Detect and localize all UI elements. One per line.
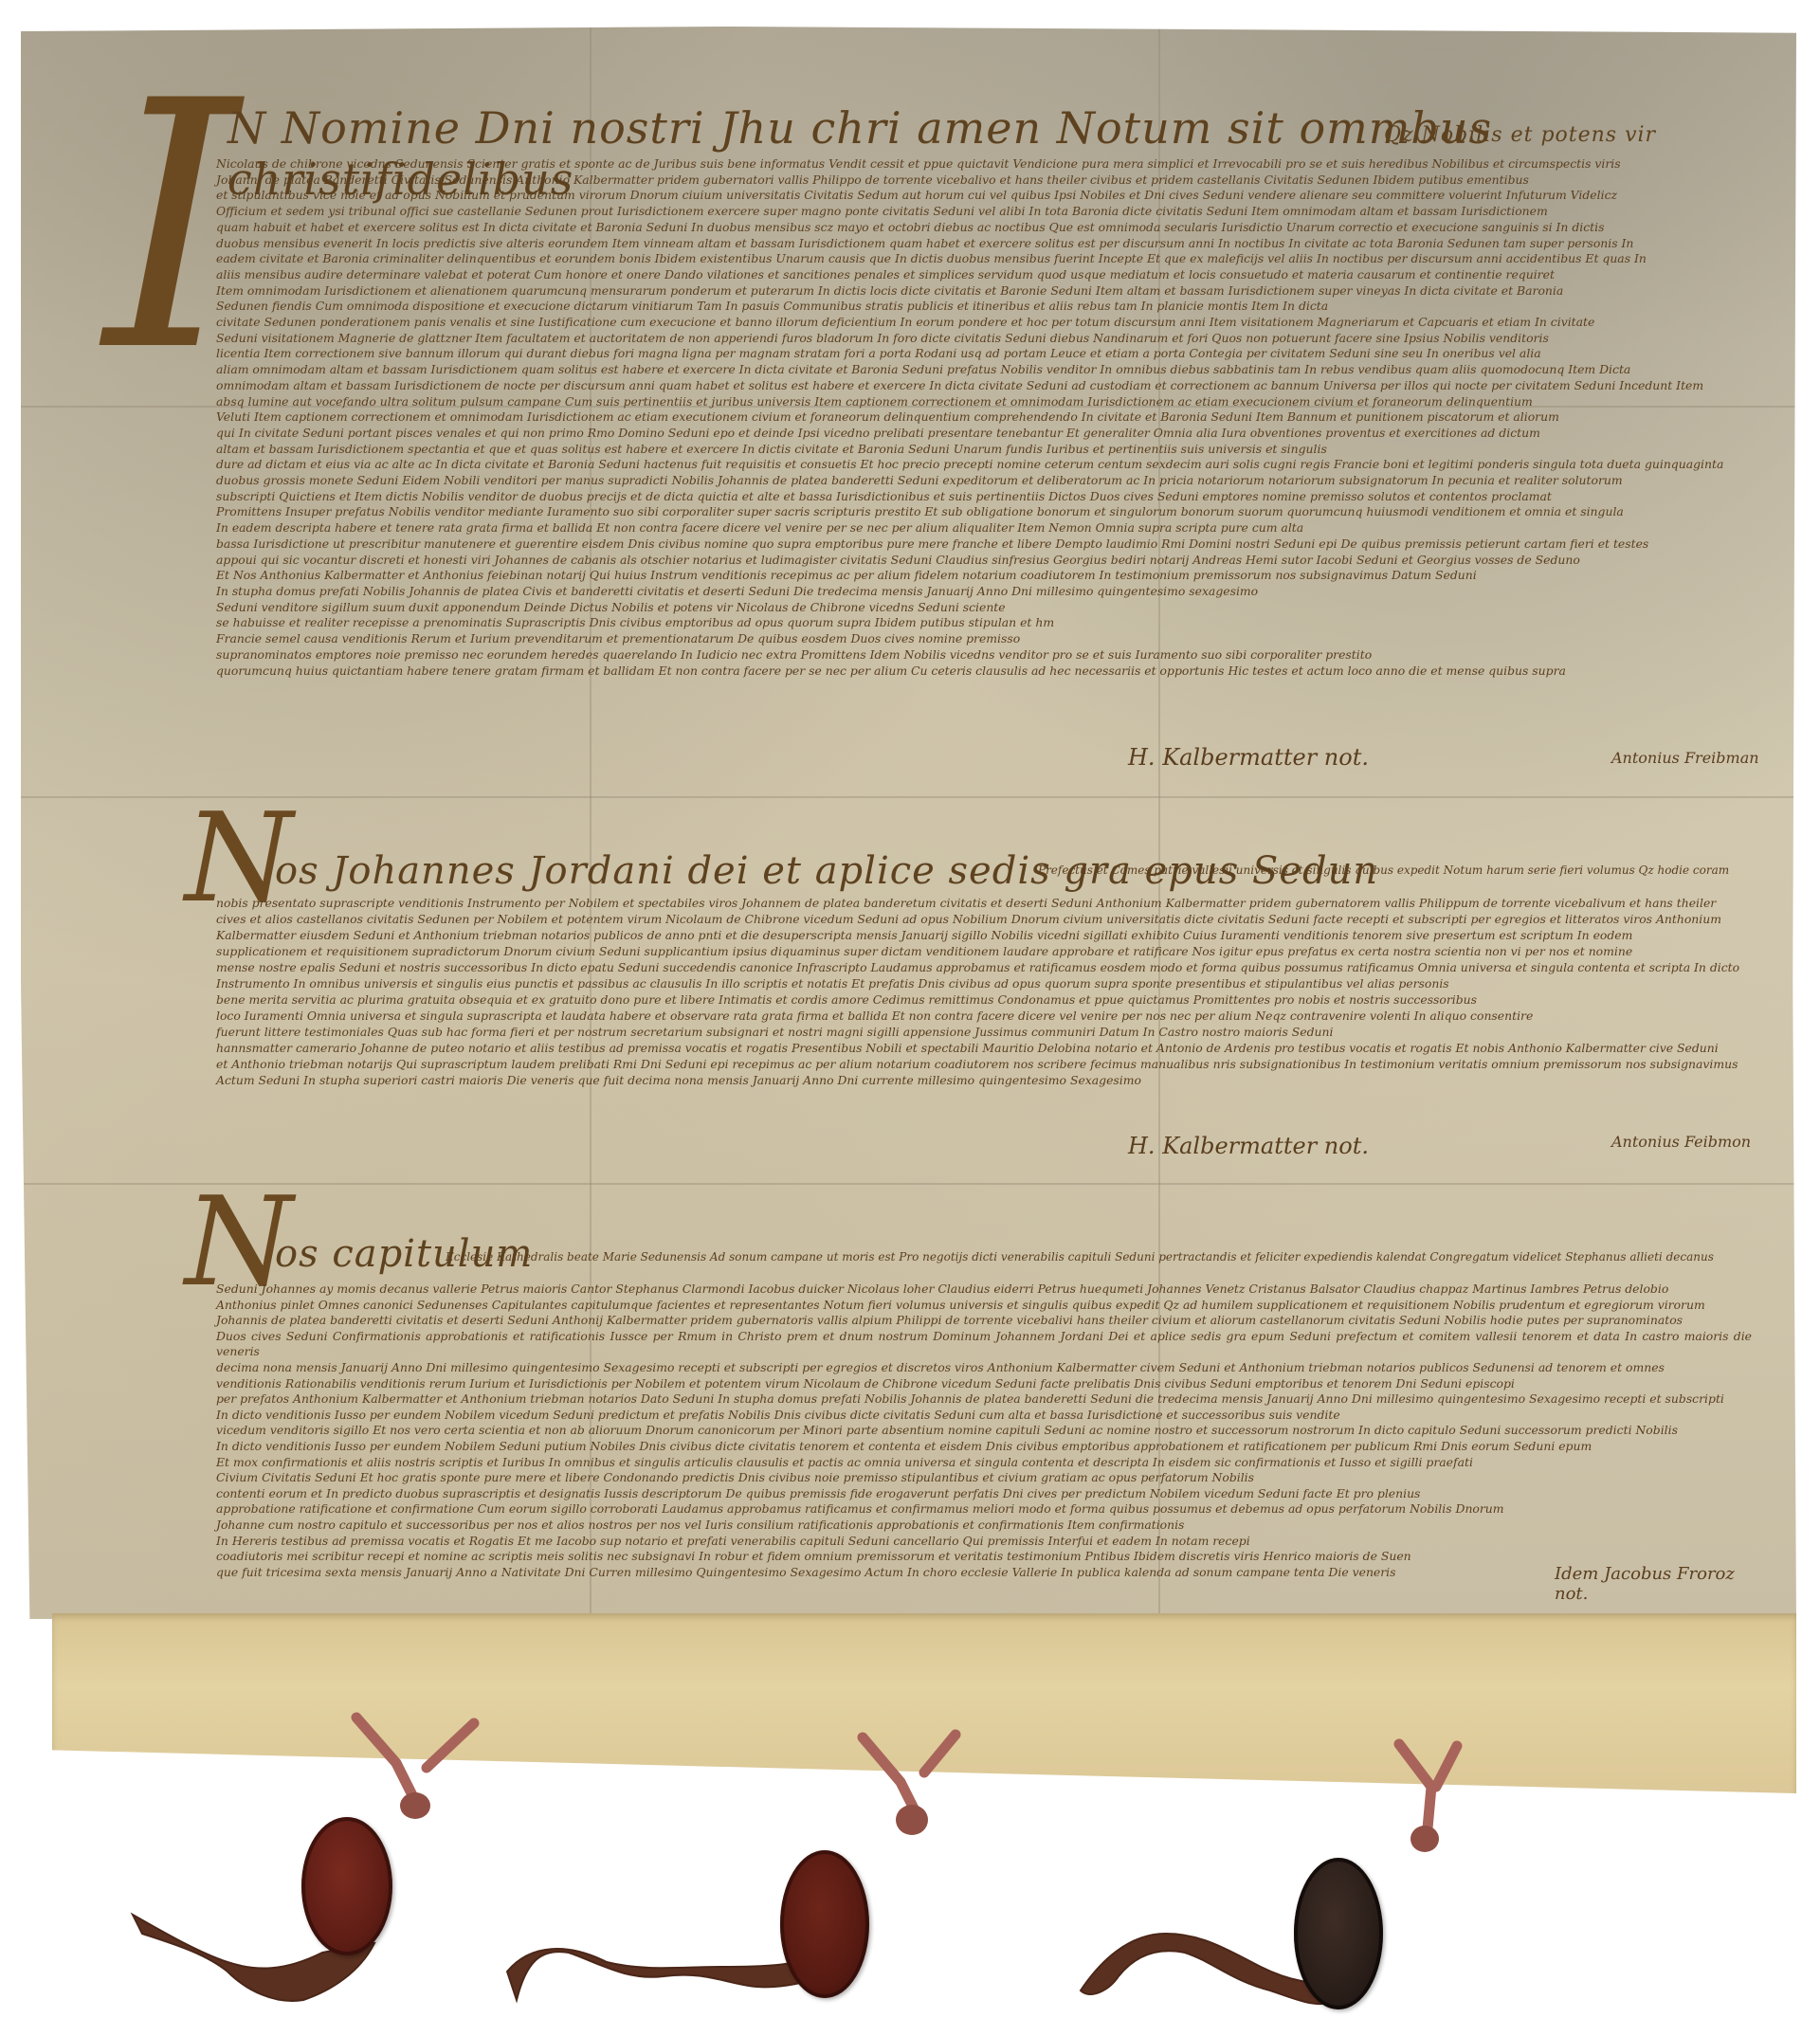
wax-seal-dark bbox=[1294, 1858, 1383, 2009]
seal-cords bbox=[0, 0, 1820, 2036]
wax-seal-red bbox=[780, 1850, 869, 1998]
wax-seal-red bbox=[301, 1817, 392, 1955]
